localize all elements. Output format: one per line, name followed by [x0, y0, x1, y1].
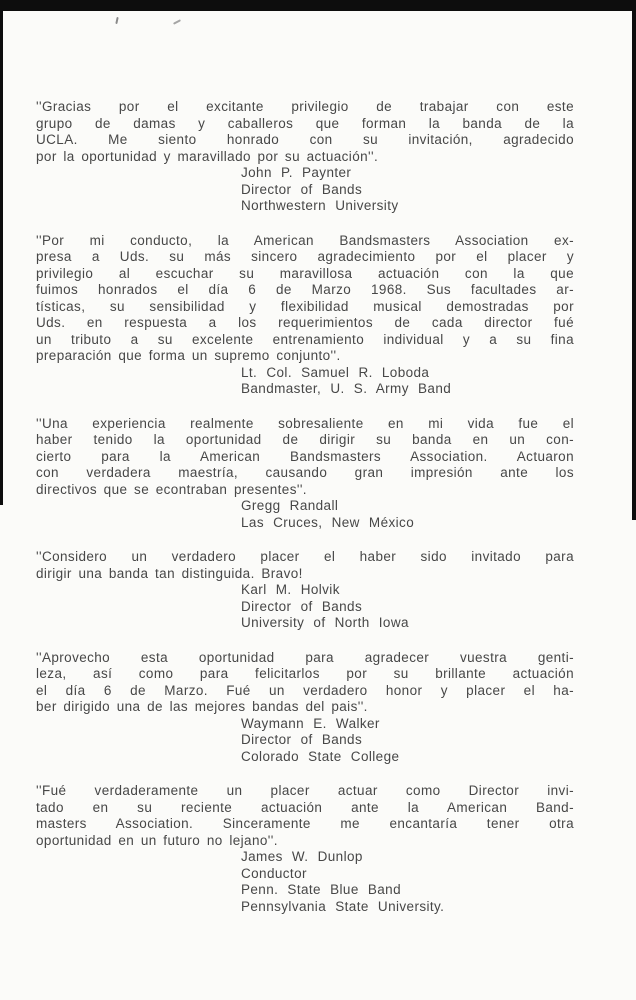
- quote-line: directivos que se econtraban presentes''…: [36, 482, 574, 499]
- attribution-line: Gregg Randall: [241, 498, 574, 515]
- quote-line: tado en su reciente actuación ante la Am…: [36, 800, 574, 817]
- quote-line: ''Una experiencia realmente sobresalient…: [36, 416, 574, 433]
- scan-speck: [173, 19, 181, 25]
- testimonial-quote: ''Fué verdaderamente un placer actuar co…: [36, 783, 574, 849]
- attribution-line: Pennsylvania State University.: [241, 899, 574, 916]
- quote-line: el día 6 de Marzo. Fué un verdadero hono…: [36, 683, 574, 700]
- testimonial-block: ''Considero un verdadero placer el haber…: [36, 549, 574, 632]
- quote-line: ''Fué verdaderamente un placer actuar co…: [36, 783, 574, 800]
- quote-line: cierto para la American Bandsmasters Ass…: [36, 449, 574, 466]
- attribution-line: Bandmaster, U. S. Army Band: [241, 381, 574, 398]
- testimonial-attribution: James W. DunlopConductorPenn. State Blue…: [36, 849, 574, 915]
- attribution-line: Waymann E. Walker: [241, 716, 574, 733]
- attribution-line: John P. Paynter: [241, 165, 574, 182]
- quote-line: ''Por mi conducto, la American Bandsmast…: [36, 233, 574, 250]
- quote-line: masters Association. Sinceramente me enc…: [36, 816, 574, 833]
- quote-line: grupo de damas y caballeros que forman l…: [36, 116, 574, 133]
- testimonial-block: ''Por mi conducto, la American Bandsmast…: [36, 233, 574, 398]
- attribution-line: Colorado State College: [241, 749, 574, 766]
- testimonial-attribution: Waymann E. WalkerDirector of BandsColora…: [36, 716, 574, 766]
- attribution-line: Lt. Col. Samuel R. Loboda: [241, 365, 574, 382]
- quote-line: ''Gracias por el excitante privilegio de…: [36, 99, 574, 116]
- testimonial-attribution: Gregg RandallLas Cruces, New México: [36, 498, 574, 531]
- attribution-line: Penn. State Blue Band: [241, 882, 574, 899]
- attribution-line: Northwestern University: [241, 198, 574, 215]
- quote-line: fuimos honrados el día 6 de Marzo 1968. …: [36, 282, 574, 299]
- testimonial-attribution: Karl M. HolvikDirector of BandsUniversit…: [36, 582, 574, 632]
- attribution-line: University of North Iowa: [241, 615, 574, 632]
- testimonial-block: ''Fué verdaderamente un placer actuar co…: [36, 783, 574, 915]
- quote-line: haber tenido la oportunidad de dirigir s…: [36, 432, 574, 449]
- quote-line: UCLA. Me siento honrado con su invitació…: [36, 132, 574, 149]
- testimonials-list: ''Gracias por el excitante privilegio de…: [36, 99, 574, 933]
- testimonial-attribution: Lt. Col. Samuel R. LobodaBandmaster, U. …: [36, 365, 574, 398]
- attribution-line: James W. Dunlop: [241, 849, 574, 866]
- quote-line: leza, así como para felicitarlos por su …: [36, 666, 574, 683]
- testimonial-quote: ''Considero un verdadero placer el haber…: [36, 549, 574, 582]
- attribution-line: Director of Bands: [241, 599, 574, 616]
- testimonial-block: ''Aprovecho esta oportunidad para agrade…: [36, 650, 574, 766]
- quote-line: Uds. en respuesta a los requerimientos d…: [36, 315, 574, 332]
- testimonial-attribution: John P. PaynterDirector of BandsNorthwes…: [36, 165, 574, 215]
- quote-line: presa a Uds. su más sincero agradecimien…: [36, 249, 574, 266]
- scan-border-left: [0, 0, 3, 505]
- attribution-line: Conductor: [241, 866, 574, 883]
- quote-line: privilegio al escuchar su maravillosa ac…: [36, 266, 574, 283]
- quote-line: preparación que forma un supremo conjunt…: [36, 348, 574, 365]
- quote-line: dirigir una banda tan distinguida. Bravo…: [36, 566, 574, 583]
- quote-line: ber dirigido una de las mejores bandas d…: [36, 699, 574, 716]
- testimonial-quote: ''Aprovecho esta oportunidad para agrade…: [36, 650, 574, 716]
- testimonial-block: ''Gracias por el excitante privilegio de…: [36, 99, 574, 215]
- attribution-line: Director of Bands: [241, 182, 574, 199]
- quote-line: tísticas, su sensibilidad y flexibilidad…: [36, 299, 574, 316]
- testimonial-block: ''Una experiencia realmente sobresalient…: [36, 416, 574, 532]
- attribution-line: Las Cruces, New México: [241, 515, 574, 532]
- scan-border-right: [632, 0, 636, 520]
- scan-border-top: [0, 0, 636, 11]
- quote-line: ''Considero un verdadero placer el haber…: [36, 549, 574, 566]
- quote-line: un tributo a su excelente entrenamiento …: [36, 332, 574, 349]
- testimonial-quote: ''Una experiencia realmente sobresalient…: [36, 416, 574, 499]
- attribution-line: Karl M. Holvik: [241, 582, 574, 599]
- attribution-line: Director of Bands: [241, 732, 574, 749]
- scan-speck: [115, 17, 118, 24]
- testimonial-quote: ''Gracias por el excitante privilegio de…: [36, 99, 574, 165]
- testimonial-quote: ''Por mi conducto, la American Bandsmast…: [36, 233, 574, 365]
- quote-line: ''Aprovecho esta oportunidad para agrade…: [36, 650, 574, 667]
- quote-line: oportunidad en un futuro no lejano''.: [36, 833, 574, 850]
- quote-line: por la oportunidad y maravillado por su …: [36, 149, 574, 166]
- quote-line: con verdadera maestría, causando gran im…: [36, 465, 574, 482]
